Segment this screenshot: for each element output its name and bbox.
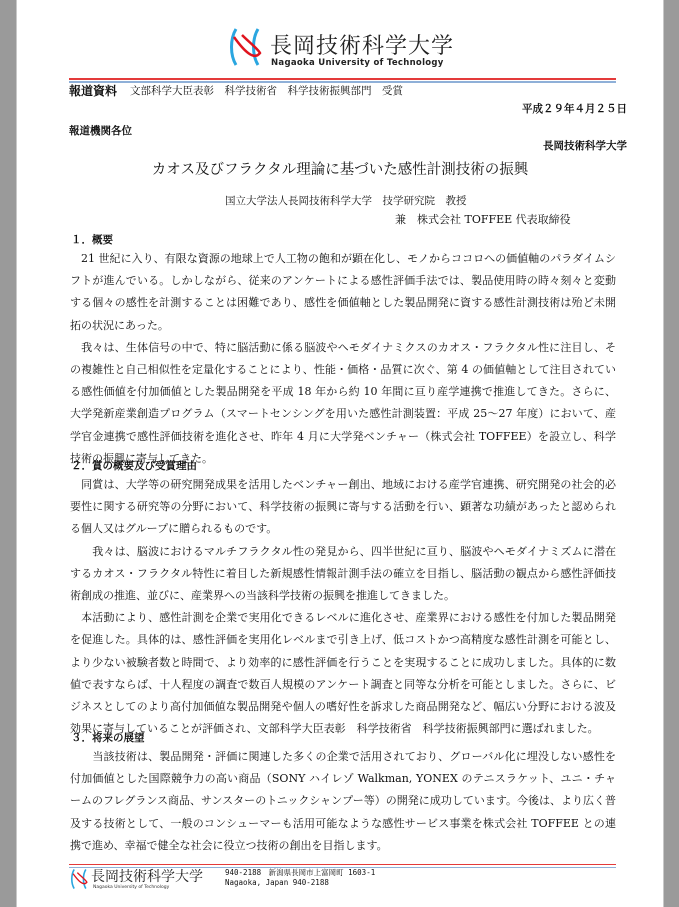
section-body-award-reason: 同賞は、大学等の研究開発成果を活用したベンチャー創出、地域における産学官連携、研…: [70, 474, 616, 740]
sender: 長岡技術科学大学: [543, 139, 627, 153]
release-label: 報道資料: [69, 84, 117, 98]
footer-address-jp: 940-2188 新潟県長岡市上富岡町 1603-1: [225, 868, 375, 878]
logo-english-name: Nagaoka University of Technology: [271, 58, 444, 68]
header-rule-blue: [69, 81, 616, 83]
paragraph: 我々は、脳波におけるマルチフラクタル性の発見から、四半世紀に亘り、脳波やヘモダイ…: [70, 541, 616, 608]
paragraph: 本活動により、感性計測を企業で実用化できるレベルに進化させ、産業界における感性を…: [70, 607, 616, 740]
header-rule-red: [69, 78, 616, 80]
logo-japanese-name: 長岡技術科学大学: [270, 29, 454, 60]
nut-logo-icon: [230, 27, 264, 67]
paragraph: 同賞は、大学等の研究開発成果を活用したベンチャー創出、地域における産学官連携、研…: [70, 474, 616, 541]
footer-logo-japanese: 長岡技術科学大学: [91, 866, 203, 886]
paragraph: 当該技術は、製品開発・評価に関連した多くの企業で活用されており、グローバル化に埋…: [70, 746, 616, 857]
section-body-overview: 21 世紀に入り、有限な資源の地球上で人工物の飽和が顕在化し、モノからココロへの…: [70, 248, 616, 470]
author-affiliation: 国立大学法人長岡技術科学大学 技学研究院 教授: [225, 194, 467, 208]
document-page: 長岡技術科学大学 Nagaoka University of Technolog…: [16, 0, 664, 907]
footer-address-en: Nagaoka, Japan 940-2188: [225, 878, 375, 888]
section-heading-outlook: ３．将来の展望: [71, 731, 145, 745]
paragraph: 我々は、生体信号の中で、特に脳活動に係る脳波やヘモダイナミクスのカオス・フラクタ…: [70, 337, 616, 470]
release-date: 平成２９年４月２５日: [522, 102, 627, 116]
footer-logo-english: Nagaoka University of Technology: [93, 885, 169, 890]
nut-logo-small-icon: [71, 868, 89, 890]
footer-address: 940-2188 新潟県長岡市上富岡町 1603-1 Nagaoka, Japa…: [225, 868, 375, 888]
addressee: 報道機関各位: [69, 124, 132, 138]
page-title: カオス及びフラクタル理論に基づいた感性計測技術の振興: [17, 163, 663, 177]
paragraph: 21 世紀に入り、有限な資源の地球上で人工物の飽和が顕在化し、モノからココロへの…: [70, 248, 616, 337]
university-logo: 長岡技術科学大学 Nagaoka University of Technolog…: [230, 27, 470, 77]
footer-rule-red: [69, 864, 616, 865]
section-body-outlook: 当該技術は、製品開発・評価に関連した多くの企業で活用されており、グローバル化に埋…: [70, 746, 616, 857]
release-subject: 文部科学大臣表彰 科学技術省 科学技術振興部門 受賞: [130, 84, 403, 98]
section-heading-award-reason: ２．賞の概要及び受賞理由: [71, 459, 197, 473]
author-company-role: 兼 株式会社 TOFFEE 代表取締役: [395, 213, 571, 227]
section-heading-overview: １．概要: [71, 233, 113, 247]
